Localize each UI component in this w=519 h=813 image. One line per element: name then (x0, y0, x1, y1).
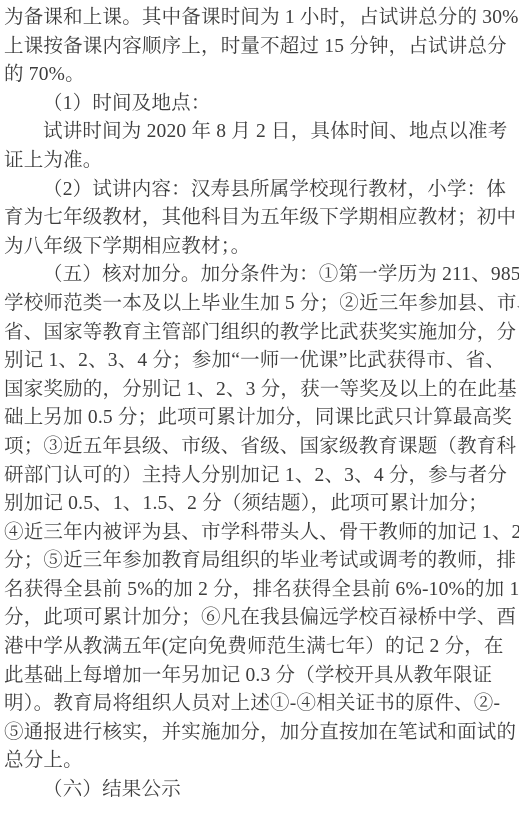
text-line: ④近三年内被评为县、市学科带头人、骨干教师的加记 1、2 (4, 519, 517, 548)
text-line: 为八年级下学期相应教材；。 (4, 233, 517, 262)
text-line: 总分上。 (4, 747, 517, 776)
text-line: ⑤通报进行核实，并实施加分，加分直按加在笔试和面试的 (4, 719, 517, 748)
text-line: 此基础上每增加一年另加记 0.3 分（学校开具从教年限证 (4, 662, 517, 691)
text-line: （五）核对加分。加分条件为：①第一学历为 211、985 (4, 261, 517, 290)
text-line: 上课按备课内容顺序上，时量不超过 15 分钟，占试讲总分 (4, 33, 517, 62)
text-line: （2）试讲内容：汉寿县所属学校现行教材，小学：体 (4, 176, 517, 205)
text-line: 为备课和上课。其中备课时间为 1 小时，占试讲总分的 30%； (4, 4, 517, 33)
text-line: 分，此项可累计加分；⑥凡在我县偏远学校百禄桥中学、酉 (4, 604, 517, 633)
text-line: 的 70%。 (4, 61, 517, 90)
document-page: 为备课和上课。其中备课时间为 1 小时，占试讲总分的 30%；上课按备课内容顺序… (0, 0, 519, 813)
text-line: 分；⑤近三年参加教育局组织的毕业考试或调考的教师，排 (4, 547, 517, 576)
text-line: 育为七年级教材，其他科目为五年级下学期相应教材；初中： (4, 204, 517, 233)
text-line: 港中学从教满五年(定向免费师范生满七年）的记 2 分，在 (4, 633, 517, 662)
text-line: 础上另加 0.5 分；此项可累计加分，同课比武只计算最高奖 (4, 404, 517, 433)
text-line: 试讲时间为 2020 年 8 月 2 日，具体时间、地点以准考 (4, 118, 517, 147)
text-line: 别加记 0.5、1、1.5、2 分（须结题），此项可累计加分； (4, 490, 517, 519)
text-line: 证上为准。 (4, 147, 517, 176)
text-line: 国家奖励的，分别记 1、2、3 分，获一等奖及以上的在此基 (4, 376, 517, 405)
text-line: 研部门认可的）主持人分别加记 1、2、3、4 分，参与者分 (4, 462, 517, 491)
text-line: 别记 1、2、3、4 分；参加“一师一优课”比武获得市、省、 (4, 347, 517, 376)
text-line: 明）。教育局将组织人员对上述①-④相关证书的原件、②- (4, 690, 517, 719)
text-line: （1）时间及地点： (4, 90, 517, 119)
text-line: 名获得全县前 5%的加 2 分，排名获得全县前 6%-10%的加 1 (4, 576, 517, 605)
text-line: 学校师范类一本及以上毕业生加 5 分；②近三年参加县、市、 (4, 290, 517, 319)
text-line: 省、国家等教育主管部门组织的教学比武获奖实施加分，分 (4, 319, 517, 348)
text-line: 项；③近五年县级、市级、省级、国家级教育课题（教育科 (4, 433, 517, 462)
text-line: （六）结果公示 (4, 776, 517, 805)
